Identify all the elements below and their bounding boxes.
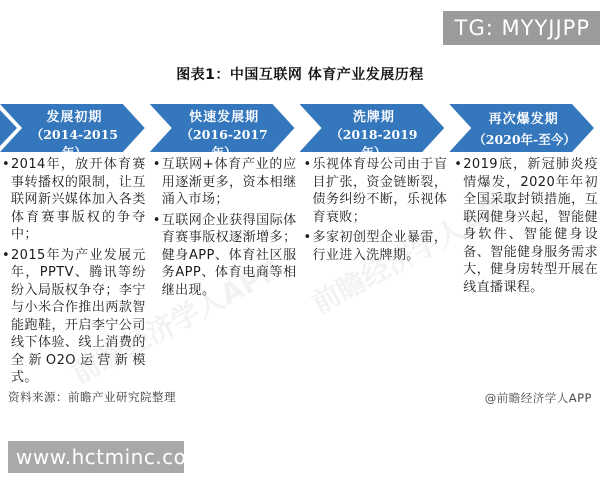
stage-name: 再次爆发期 <box>489 108 559 127</box>
data-source-note: 资料来源：前瞻产业研究院整理 <box>8 389 176 405</box>
bullet-item: 互联网企业获得国际体育赛事版权逐渐增多；健身APP、体育社区服务APP、体育电商… <box>153 212 297 300</box>
bullet-item: 互联网+体育产业的应用逐渐更多，资本相继涌入市场； <box>153 156 297 209</box>
stage-name: 发展初期 <box>46 106 102 125</box>
stage-chevron-4: 再次爆发期 （2020年-至今） <box>449 104 594 152</box>
stage-period: （2020年-至今） <box>473 130 574 148</box>
stage-chevron-1: 发展初期 （2014-2015年） <box>0 104 145 152</box>
credit-note: @前瞻经济学人APP <box>485 390 592 406</box>
timeline-arrow-band: 发展初期 （2014-2015年） 快速发展期 （2016-2017年） 洗牌期… <box>0 104 594 152</box>
bullet-item: 2015年为产业发展元年，PPTV、腾讯等纷纷入局版权争夺；李宁与小米合作推出两… <box>2 247 146 387</box>
stage-chevron-2: 快速发展期 （2016-2017年） <box>150 104 295 152</box>
url-watermark: www.hctminc.com <box>8 441 184 473</box>
chart-title: 图表1：中国互联网 体育产业发展历程 <box>0 64 600 84</box>
tg-badge: TG: MYYJJPP <box>443 11 600 45</box>
stage-column-1: 2014年，放开体育赛事转播权的限制，让互联网新兴媒体加入各类体育赛事版权的争夺… <box>2 156 146 390</box>
stage-name: 洗牌期 <box>353 106 395 125</box>
stage-chevron-3: 洗牌期 （2018-2019年） <box>300 104 445 152</box>
bullet-item: 2014年，放开体育赛事转播权的限制，让互联网新兴媒体加入各类体育赛事版权的争夺… <box>2 156 146 244</box>
infographic-canvas: TG: MYYJJPP 图表1：中国互联网 体育产业发展历程 前瞻经济学人APP… <box>0 0 600 480</box>
stage-name: 快速发展期 <box>189 106 259 125</box>
bullet-item: 乐视体育母公司由于盲目扩张，资金链断裂，债务纠纷不断，乐视体育衰败； <box>304 156 448 226</box>
stage-column-4: 2019底，新冠肺炎疫情爆发，2020年年初全国采取封锁措施，互联网健身兴起，智… <box>454 156 598 390</box>
stage-column-3: 乐视体育母公司由于盲目扩张，资金链断裂，债务纠纷不断，乐视体育衰败； 多家初创型… <box>304 156 448 390</box>
stage-column-2: 互联网+体育产业的应用逐渐更多，资本相继涌入市场； 互联网企业获得国际体育赛事版… <box>153 156 297 390</box>
bullet-item: 2019底，新冠肺炎疫情爆发，2020年年初全国采取封锁措施，互联网健身兴起，智… <box>454 156 598 296</box>
bullet-item: 多家初创型企业暴雷，行业进入洗牌期。 <box>304 229 448 264</box>
stage-detail-columns: 2014年，放开体育赛事转播权的限制，让互联网新兴媒体加入各类体育赛事版权的争夺… <box>2 156 598 390</box>
